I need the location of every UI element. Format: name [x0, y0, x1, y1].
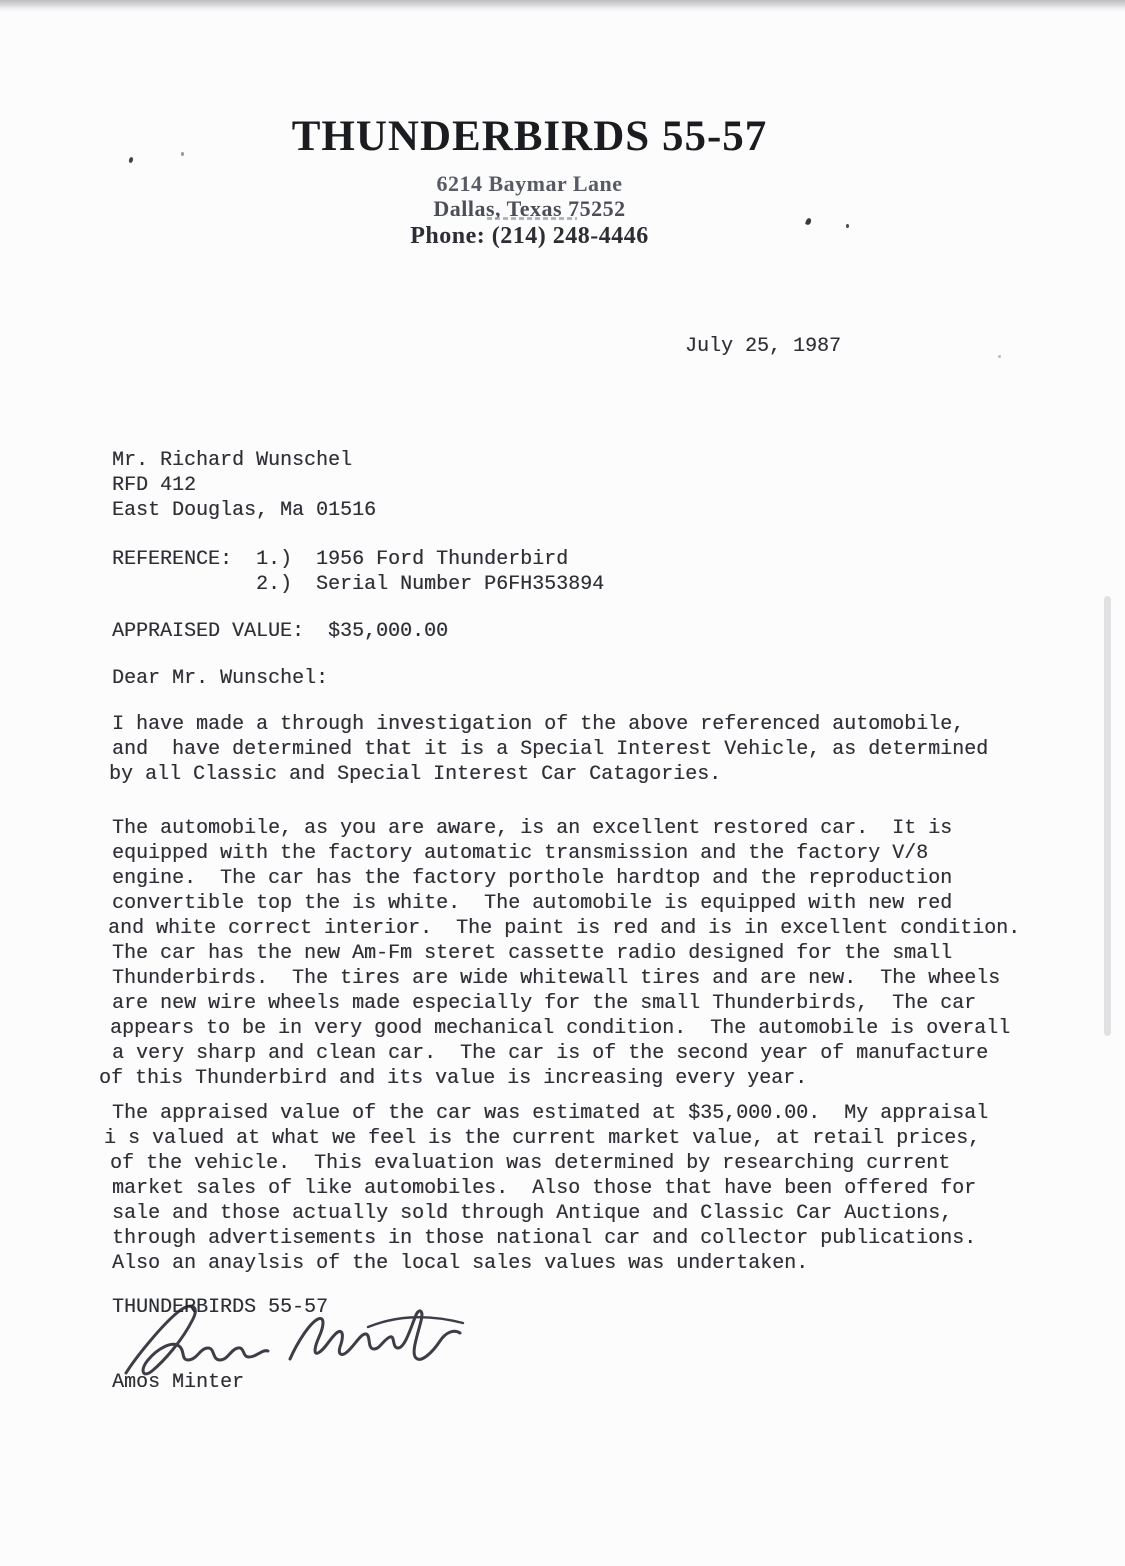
- text-line: The car has the new Am-Fm steret cassett…: [112, 941, 1020, 966]
- text-line: a very sharp and clean car. The car is o…: [112, 1041, 1020, 1066]
- text-line: convertible top the is white. The automo…: [112, 891, 1020, 916]
- recipient-address-block: Mr. Richard WunschelRFD 412East Douglas,…: [112, 448, 376, 523]
- text-line: REFERENCE: 1.) 1956 Ford Thunderbird: [112, 547, 604, 572]
- text-line: engine. The car has the factory porthole…: [112, 866, 1020, 891]
- scan-speck: [998, 355, 1001, 358]
- text-line: East Douglas, Ma 01516: [112, 498, 376, 523]
- text-line: by all Classic and Special Interest Car …: [109, 762, 988, 787]
- scan-top-edge: [0, 0, 1125, 11]
- text-line: Thunderbirds. The tires are wide whitewa…: [112, 966, 1020, 991]
- scan-underline-artifact: [487, 217, 577, 220]
- signature-stroke-amos: [126, 1306, 268, 1374]
- text-line: Also an anaylsis of the local sales valu…: [112, 1251, 988, 1276]
- text-line: The appraised value of the car was estim…: [112, 1101, 988, 1126]
- text-line: i s valued at what we feel is the curren…: [104, 1126, 988, 1151]
- scan-speck: [181, 152, 184, 156]
- letter-date: July 25, 1987: [685, 334, 841, 359]
- text-line: and white correct interior. The paint is…: [108, 916, 1020, 941]
- text-line: appears to be in very good mechanical co…: [110, 1016, 1020, 1041]
- signer-typed-name: Amos Minter: [112, 1370, 244, 1395]
- text-line: RFD 412: [112, 473, 376, 498]
- letterhead-street-address: 6214 Baymar Lane: [0, 171, 1092, 197]
- paragraph-valuation: The appraised value of the car was estim…: [112, 1101, 988, 1276]
- reference-block: REFERENCE: 1.) 1956 Ford Thunderbird 2.)…: [112, 547, 604, 597]
- text-line: of the vehicle. This evaluation was dete…: [110, 1151, 988, 1176]
- text-line: equipped with the factory automatic tran…: [112, 841, 1020, 866]
- salutation: Dear Mr. Wunschel:: [112, 666, 328, 691]
- appraised-value-line: APPRAISED VALUE: $35,000.00: [112, 619, 448, 644]
- letterhead-company-name: THUNDERBIRDS 55-57: [0, 112, 1092, 161]
- text-line: are new wire wheels made especially for …: [112, 991, 1020, 1016]
- paragraph-investigation: I have made a through investigation of t…: [112, 712, 988, 787]
- text-line: I have made a through investigation of t…: [112, 712, 988, 737]
- scan-speck: [846, 224, 849, 228]
- text-line: 2.) Serial Number P6FH353894: [112, 572, 604, 597]
- scan-speck: [128, 157, 134, 164]
- text-line: market sales of like automobiles. Also t…: [112, 1176, 988, 1201]
- text-line: Mr. Richard Wunschel: [112, 448, 376, 473]
- letterhead-phone: Phone: (214) 248-4446: [0, 223, 1092, 250]
- paragraph-condition: The automobile, as you are aware, is an …: [112, 816, 1020, 1091]
- text-line: and have determined that it is a Special…: [112, 737, 988, 762]
- scanned-letter-page: THUNDERBIRDS 55-57 6214 Baymar Lane Dall…: [0, 0, 1125, 1566]
- text-line: The automobile, as you are aware, is an …: [112, 816, 1020, 841]
- text-line: sale and those actually sold through Ant…: [112, 1201, 988, 1226]
- text-line: through advertisements in those national…: [112, 1226, 988, 1251]
- text-line: of this Thunderbird and its value is inc…: [99, 1066, 1020, 1091]
- scrollbar-thumb[interactable]: [1104, 596, 1111, 1036]
